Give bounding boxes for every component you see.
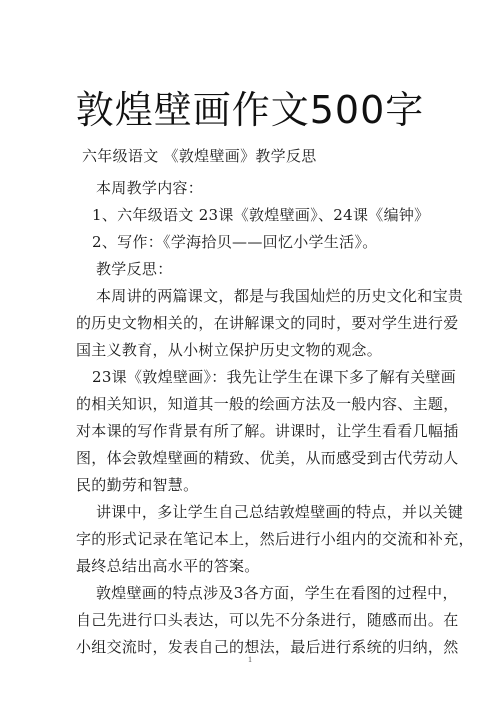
paragraph-line: 国主义教育，从小树立保护历史文物的观念。: [76, 340, 382, 360]
paragraph-line: 小组交流时，发表自己的想法，最后进行系统的归纳，然: [76, 637, 459, 657]
section-heading-content: 本周教学内容：: [96, 178, 203, 198]
paragraph-line: 讲课中，多让学生自己总结敦煌壁画的特点，并以关键: [96, 502, 463, 522]
paragraph-line: 字的形式记录在笔记本上，然后进行小组内的交流和补充，: [76, 529, 474, 549]
document-page: 敦煌壁画作文500字 六年级语文 《敦煌壁画》教学反思 本周教学内容： 1、六年…: [0, 0, 500, 707]
subtitle-line: 六年级语文 《敦煌壁画》教学反思: [82, 146, 317, 166]
paragraph-line: 的相关知识，知道其一般的绘画方法及一般内容、主题，: [76, 394, 459, 414]
paragraph-line: 自己先进行口头表达，可以先不分条进行，随感而出。在: [76, 610, 459, 630]
paragraph-line: 最终总结出高水平的答案。: [76, 556, 260, 576]
paragraph-line: 图，体会敦煌壁画的精致、优美，从而感受到古代劳动人: [76, 448, 459, 468]
list-item-1: 1、六年级语文 23课《敦煌壁画》、24课《编钟》: [92, 205, 430, 225]
document-title: 敦煌壁画作文500字: [0, 88, 500, 132]
paragraph-line: 的历史文物相关的，在讲解课文的同时，要对学生进行爱: [76, 313, 459, 333]
section-heading-reflection: 教学反思：: [96, 259, 173, 279]
page-number: 1: [0, 655, 500, 664]
paragraph-line: 23课《敦煌壁画》：我先让学生在课下多了解有关壁画: [92, 367, 456, 387]
paragraph-line: 对本课的写作背景有所了解。讲课时，让学生看看几幅插: [76, 421, 459, 441]
paragraph-line: 本周讲的两篇课文，都是与我国灿烂的历史文化和宝贵: [96, 286, 463, 306]
paragraph-line: 民的勤劳和智慧。: [76, 475, 198, 495]
list-item-2: 2、写作：《学海拾贝——回忆小学生活》。: [92, 232, 378, 252]
paragraph-line: 敦煌壁画的特点涉及3各方面，学生在看图的过程中，: [96, 583, 458, 603]
